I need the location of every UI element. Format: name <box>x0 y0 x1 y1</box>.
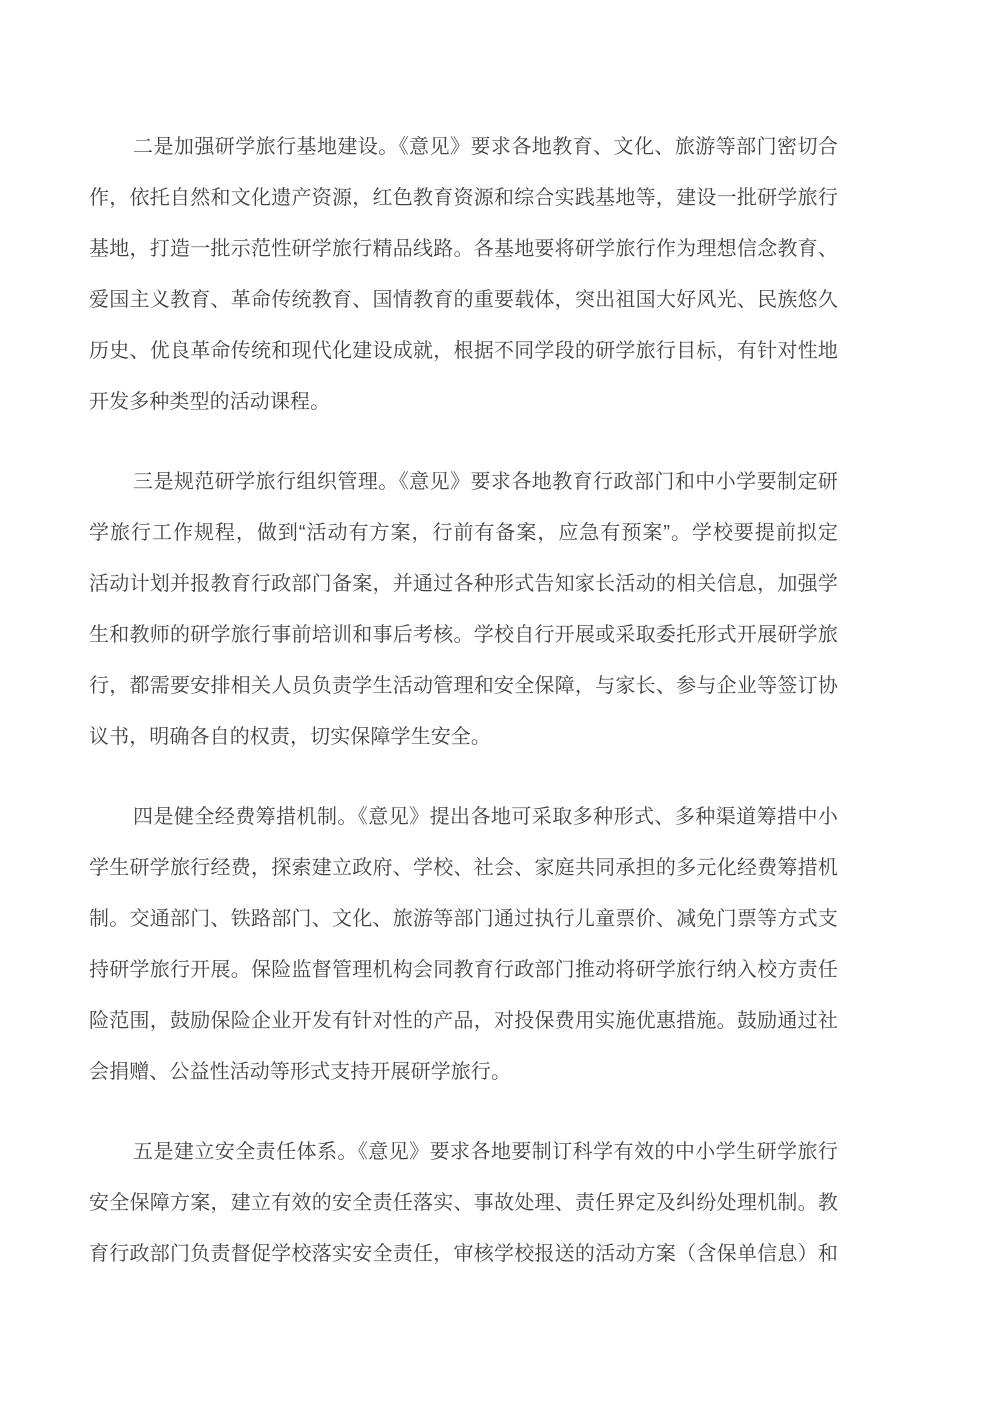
text-line: 育行政部门负责督促学校落实安全责任，审核学校报送的活动方案（含保单信息）和 <box>89 1229 838 1280</box>
text-line: 开发多种类型的活动课程。 <box>89 377 838 428</box>
paragraph: 三是规范研学旅行组织管理。《意见》要求各地教育行政部门和中小学要制定研学旅行工作… <box>89 457 838 763</box>
document-body: 二是加强研学旅行基地建设。《意见》要求各地教育、文化、旅游等部门密切合作，依托自… <box>89 122 838 1280</box>
paragraph: 二是加强研学旅行基地建设。《意见》要求各地教育、文化、旅游等部门密切合作，依托自… <box>89 122 838 428</box>
text-line: 学生研学旅行经费，探索建立政府、学校、社会、家庭共同承担的多元化经费筹措机 <box>89 843 838 894</box>
text-line: 四是健全经费筹措机制。《意见》提出各地可采取多种形式、多种渠道筹措中小 <box>89 792 838 843</box>
text-line: 行，都需要安排相关人员负责学生活动管理和安全保障，与家长、参与企业等签订协 <box>89 661 838 712</box>
text-line: 持研学旅行开展。保险监督管理机构会同教育行政部门推动将研学旅行纳入校方责任 <box>89 945 838 996</box>
text-line: 历史、优良革命传统和现代化建设成就，根据不同学段的研学旅行目标，有针对性地 <box>89 326 838 377</box>
text-line: 险范围，鼓励保险企业开发有针对性的产品，对投保费用实施优惠措施。鼓励通过社 <box>89 996 838 1047</box>
paragraph: 四是健全经费筹措机制。《意见》提出各地可采取多种形式、多种渠道筹措中小学生研学旅… <box>89 792 838 1098</box>
text-line: 学旅行工作规程，做到“活动有方案，行前有备案，应急有预案”。学校要提前拟定 <box>89 508 838 559</box>
document-page: 二是加强研学旅行基地建设。《意见》要求各地教育、文化、旅游等部门密切合作，依托自… <box>0 0 992 1403</box>
text-line: 三是规范研学旅行组织管理。《意见》要求各地教育行政部门和中小学要制定研 <box>89 457 838 508</box>
text-line: 会捐赠、公益性活动等形式支持开展研学旅行。 <box>89 1047 838 1098</box>
text-line: 议书，明确各自的权责，切实保障学生安全。 <box>89 712 838 763</box>
text-line: 活动计划并报教育行政部门备案，并通过各种形式告知家长活动的相关信息，加强学 <box>89 559 838 610</box>
text-line: 制。交通部门、铁路部门、文化、旅游等部门通过执行儿童票价、减免门票等方式支 <box>89 894 838 945</box>
paragraph: 五是建立安全责任体系。《意见》要求各地要制订科学有效的中小学生研学旅行安全保障方… <box>89 1127 838 1280</box>
text-line: 作，依托自然和文化遗产资源，红色教育资源和综合实践基地等，建设一批研学旅行 <box>89 173 838 224</box>
text-line: 二是加强研学旅行基地建设。《意见》要求各地教育、文化、旅游等部门密切合 <box>89 122 838 173</box>
text-line: 生和教师的研学旅行事前培训和事后考核。学校自行开展或采取委托形式开展研学旅 <box>89 610 838 661</box>
text-line: 爱国主义教育、革命传统教育、国情教育的重要载体，突出祖国大好风光、民族悠久 <box>89 275 838 326</box>
text-line: 五是建立安全责任体系。《意见》要求各地要制订科学有效的中小学生研学旅行 <box>89 1127 838 1178</box>
text-line: 基地，打造一批示范性研学旅行精品线路。各基地要将研学旅行作为理想信念教育、 <box>89 224 838 275</box>
text-line: 安全保障方案，建立有效的安全责任落实、事故处理、责任界定及纠纷处理机制。教 <box>89 1178 838 1229</box>
